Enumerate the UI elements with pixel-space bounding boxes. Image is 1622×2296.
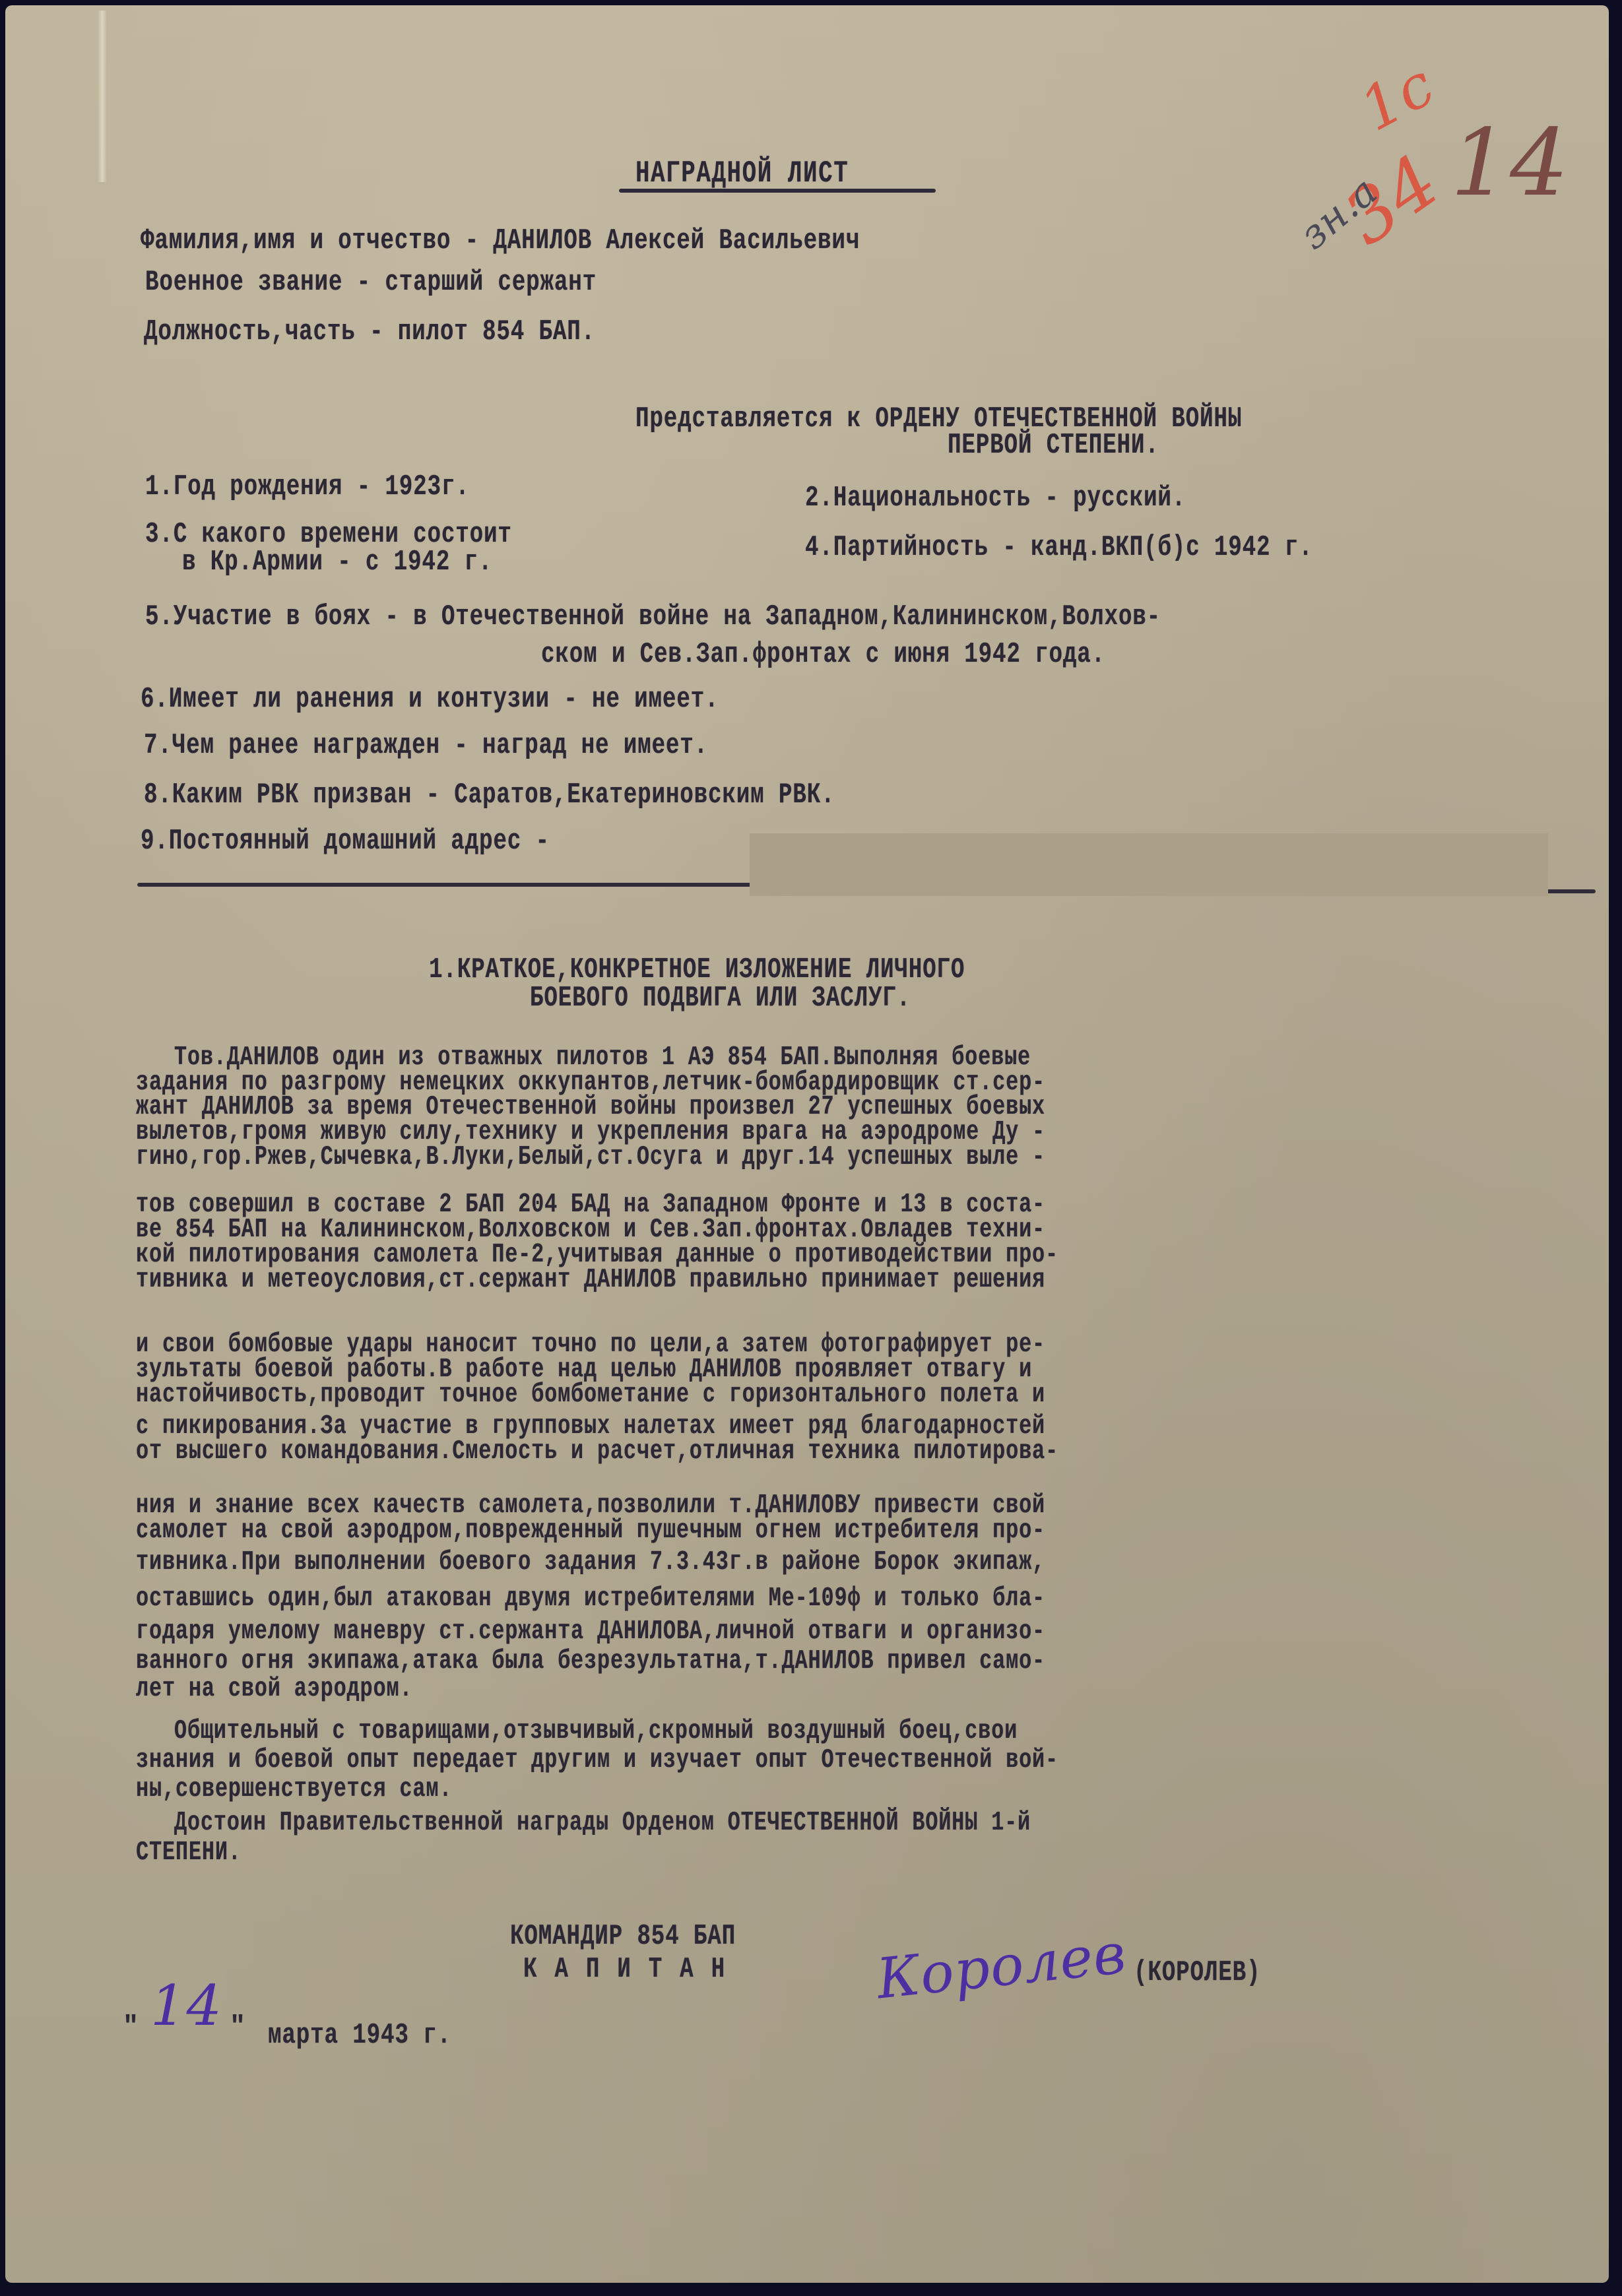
body-line: тивника и метеоусловия,ст.сержант ДАНИЛО…: [136, 1267, 1045, 1294]
body-line: СТЕПЕНИ.: [136, 1839, 242, 1866]
body-line: лет на свой аэродром.: [136, 1676, 412, 1703]
rank-line: Военное звание - старший сержант: [145, 268, 597, 297]
body-line: ны,совершенствуется сам.: [136, 1776, 452, 1803]
section-heading-1: 1.КРАТКОЕ,КОНКРЕТНОЕ ИЗЛОЖЕНИЕ ЛИЧНОГО: [429, 955, 965, 984]
field-service-since-2: в Кр.Армии - с 1942 г.: [182, 548, 492, 577]
body-line: от высшего командования.Смелость и расче…: [136, 1438, 1058, 1465]
document-page: 1с 34 14 зн.а НАГРАДНОЙ ЛИСТ Фамилия,имя…: [5, 5, 1609, 2283]
field-wounds: 6.Имеет ли ранения и контузии - не имеет…: [141, 685, 719, 714]
body-line: настойчивость,проводит точное бомбометан…: [136, 1382, 1045, 1409]
section-heading-2: БОЕВОГО ПОДВИГА ИЛИ ЗАСЛУГ.: [530, 984, 911, 1013]
margin-note-red-top: 1с: [1351, 55, 1443, 141]
field-nationality: 2.Национальность - русский.: [805, 484, 1186, 513]
date-quote-close: ": [230, 2014, 246, 2041]
body-line: годаря умелому маневру ст.сержанта ДАНИЛ…: [136, 1618, 1045, 1645]
nomination-line-2: ПЕРВОЙ СТЕПЕНИ.: [948, 431, 1159, 460]
signatory-name: (КОРОЛЕВ): [1134, 1958, 1260, 1987]
position-line: Должность,часть - пилот 854 БАП.: [144, 317, 595, 346]
body-line: тивника.При выполнении боевого задания 7…: [136, 1549, 1045, 1576]
handwritten-signature: Королев: [874, 1925, 1129, 2006]
body-line: ванного огня экипажа,атака была безрезул…: [136, 1648, 1045, 1675]
field-battles-2: ском и Сев.Зап.фронтах с июня 1942 года.: [541, 640, 1105, 669]
body-line: самолет на свой аэродром,поврежденный пу…: [136, 1517, 1045, 1545]
field-home-address: 9.Постоянный домашний адрес -: [141, 827, 550, 856]
field-service-since-1: 3.С какого времени состоит: [145, 520, 512, 549]
field-conscription-office: 8.Каким РВК призван - Саратов,Екатеринов…: [144, 781, 835, 810]
body-line: знания и боевой опыт передает другим и и…: [136, 1747, 1058, 1774]
body-line: гино,гор.Ржев,Сычевка,В.Луки,Белый,ст.Ос…: [136, 1144, 1045, 1171]
date-day-handwritten: 14: [150, 1978, 222, 2033]
date-month-year: марта 1943 г.: [268, 2021, 451, 2050]
field-prior-awards: 7.Чем ранее награжден - наград не имеет.: [144, 731, 708, 760]
commander-rank: К А П И Т А Н: [523, 1955, 727, 1984]
title-underline: [619, 189, 936, 193]
date-quote-open: ": [123, 2014, 139, 2041]
field-birth-year: 1.Год рождения - 1923г.: [145, 472, 470, 501]
commander-title: КОМАНДИР 854 БАП: [510, 1922, 736, 1951]
redacted-address-block: [750, 833, 1548, 896]
body-line: Общительный с товарищами,отзывчивый,скро…: [121, 1718, 1018, 1745]
name-line: Фамилия,имя и отчество - ДАНИЛОВ Алексей…: [141, 226, 860, 255]
body-line: Достоин Правительственной награды Ордено…: [121, 1810, 1031, 1837]
field-party: 4.Партийность - канд.ВКП(б)с 1942 г.: [805, 533, 1313, 562]
paper-fold-mark: [98, 11, 107, 182]
margin-note-brown: 14: [1450, 117, 1569, 210]
field-battles-1: 5.Участие в боях - в Отечественной войне…: [145, 602, 1161, 631]
body-line: оставшись один,был атакован двумя истреб…: [136, 1585, 1045, 1612]
divider-rule-left: [137, 883, 764, 887]
document-title: НАГРАДНОЙ ЛИСТ: [635, 158, 849, 189]
